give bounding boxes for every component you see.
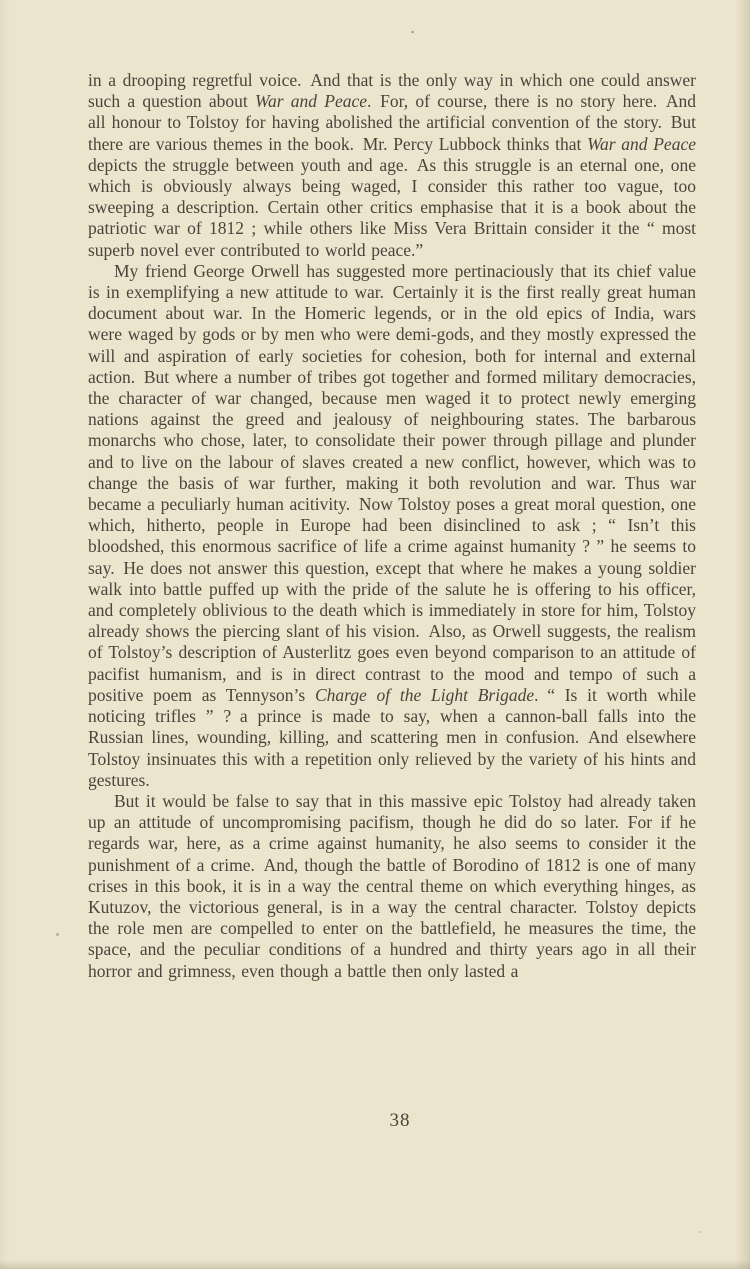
- text-run: My friend George Orwell has suggested mo…: [88, 261, 696, 705]
- paragraph: My friend George Orwell has suggested mo…: [88, 261, 696, 791]
- italic-title: Charge of the Light Brigade: [315, 685, 534, 705]
- paper-speck: [56, 933, 59, 936]
- paper-speck: [411, 31, 414, 33]
- italic-title: War and Peace: [587, 134, 696, 154]
- text-run: But it would be false to say that in thi…: [88, 791, 696, 981]
- body-text: in a drooping regretful voice. And that …: [88, 70, 696, 982]
- paragraph: in a drooping regretful voice. And that …: [88, 70, 696, 261]
- page-number: 38: [390, 1110, 411, 1132]
- paper-speck: [699, 1231, 701, 1233]
- book-page: in a drooping regretful voice. And that …: [0, 0, 750, 1269]
- text-run: depicts the struggle between youth and a…: [88, 155, 696, 260]
- paragraph: But it would be false to say that in thi…: [88, 791, 696, 982]
- italic-title: War and Peace: [255, 91, 367, 111]
